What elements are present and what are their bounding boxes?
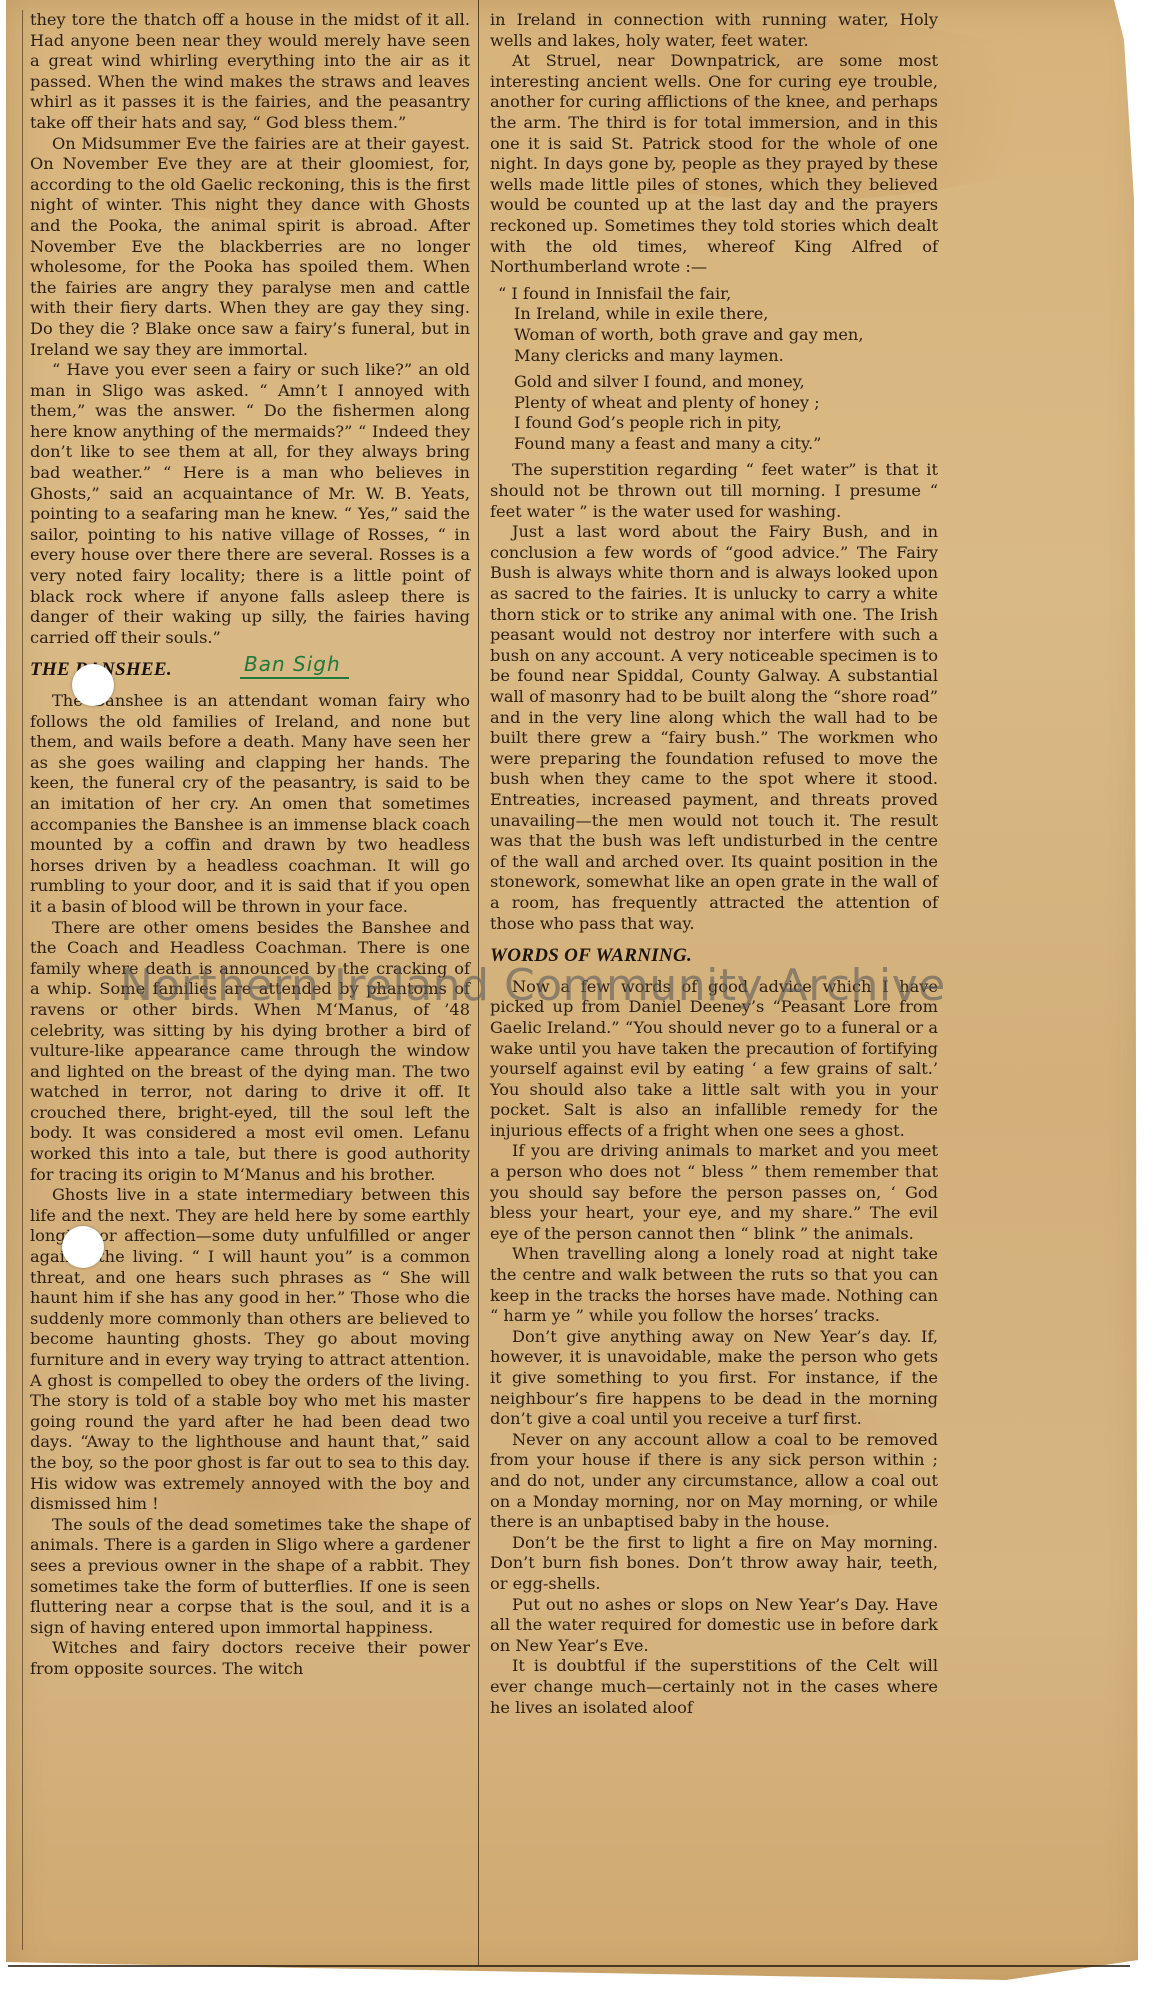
paragraph: It is doubtful if the superstitions of t…	[490, 1656, 938, 1718]
paragraph: Don’t be the first to light a fire on Ma…	[490, 1533, 938, 1595]
poem-line: Many clericks and many laymen.	[490, 346, 938, 367]
punch-hole	[72, 664, 114, 706]
left-paragraphs-before-heading: they tore the thatch off a house in the …	[30, 10, 470, 648]
paragraph: The superstition regarding “ feet water”…	[490, 460, 938, 522]
left-paragraphs-after-heading: The Banshee is an attendant woman fairy …	[30, 691, 470, 1680]
paragraph: Put out no ashes or slops on New Year’s …	[490, 1595, 938, 1657]
paragraph: “ Have you ever seen a fairy or such lik…	[30, 360, 470, 648]
handwritten-annotation: Ban Sigh	[240, 654, 349, 679]
paragraph: Now a few words of good advice which I h…	[490, 977, 938, 1142]
right-paragraphs-after-heading: Now a few words of good advice which I h…	[490, 977, 938, 1718]
paragraph: On Midsummer Eve the fairies are at thei…	[30, 134, 470, 361]
poem-line: In Ireland, while in exile there,	[490, 304, 938, 325]
paragraph: Witches and fairy doctors receive their …	[30, 1638, 470, 1679]
paragraph: in Ireland in connection with running wa…	[490, 10, 938, 51]
punch-hole	[62, 1226, 104, 1268]
right-paragraphs-after-poem: The superstition regarding “ feet water”…	[490, 460, 938, 934]
paragraph: The Banshee is an attendant woman fairy …	[30, 691, 470, 918]
paragraph: When travelling along a lonely road at n…	[490, 1244, 938, 1326]
poem-line: I found God’s people rich in pity,	[490, 413, 938, 434]
paragraph: The souls of the dead sometimes take the…	[30, 1515, 470, 1639]
left-border-rule	[22, 10, 23, 1950]
right-paragraphs-before-poem: in Ireland in connection with running wa…	[490, 10, 938, 278]
poem-line: Found many a feast and many a city.”	[490, 434, 938, 455]
poem-stanza: Gold and silver I found, and money,Plent…	[490, 372, 938, 454]
paragraph: Just a last word about the Fairy Bush, a…	[490, 522, 938, 934]
paragraph: If you are driving animals to market and…	[490, 1141, 938, 1244]
poem-line: Woman of worth, both grave and gay men,	[490, 325, 938, 346]
poem-stanza: “ I found in Innisfail the fair,In Irela…	[490, 284, 938, 366]
paragraph: There are other omens besides the Banshe…	[30, 918, 470, 1186]
poem-line: Gold and silver I found, and money,	[490, 372, 938, 393]
paragraph: Never on any account allow a coal to be …	[490, 1430, 938, 1533]
bottom-border-rule	[8, 1965, 1130, 1967]
right-column: in Ireland in connection with running wa…	[490, 10, 938, 1718]
poem-block: “ I found in Innisfail the fair,In Irela…	[490, 284, 938, 455]
paragraph: At Struel, near Downpatrick, are some mo…	[490, 51, 938, 278]
left-column: they tore the thatch off a house in the …	[30, 10, 470, 1680]
column-divider	[478, 0, 479, 1965]
section-heading-words-of-warning: WORDS OF WARNING.	[490, 946, 938, 967]
paragraph: Don’t give anything away on New Year’s d…	[490, 1327, 938, 1430]
poem-line: Plenty of wheat and plenty of honey ;	[490, 393, 938, 414]
paragraph: they tore the thatch off a house in the …	[30, 10, 470, 134]
poem-line: “ I found in Innisfail the fair,	[490, 284, 938, 305]
